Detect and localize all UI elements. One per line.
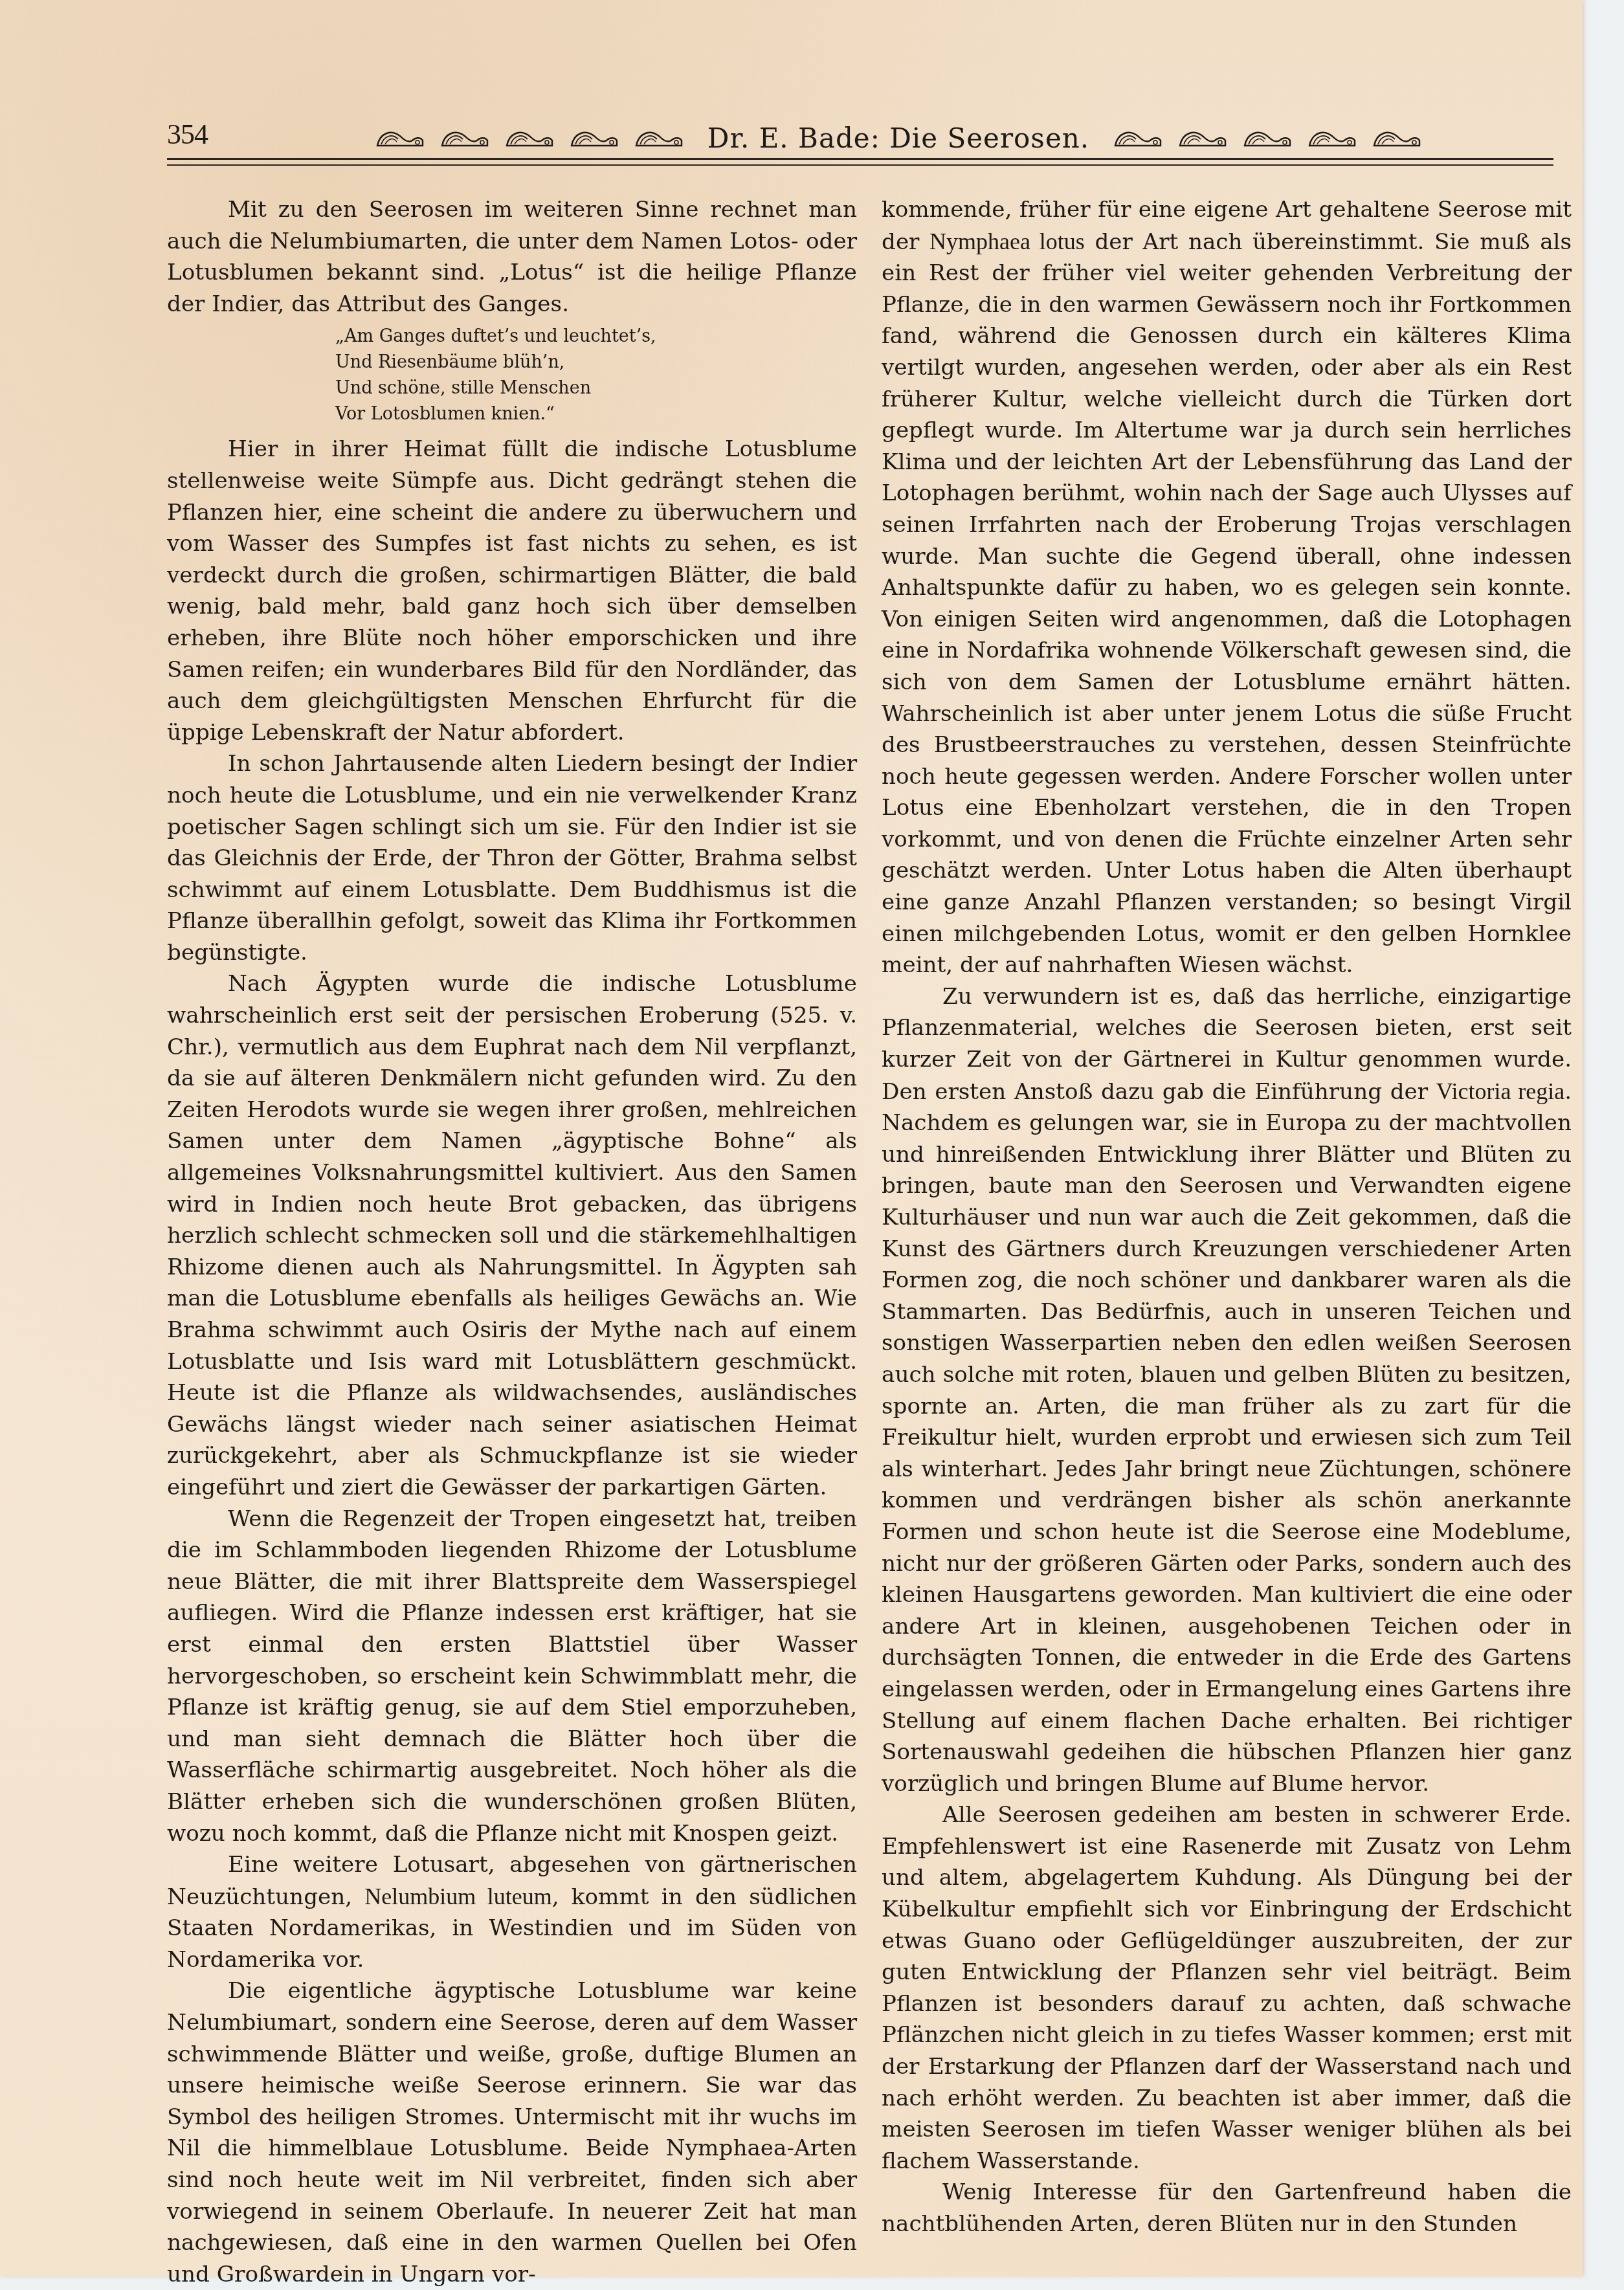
- verse-line: Und schöne, stille Menschen: [335, 375, 857, 401]
- scroll-ornament-icon: [1307, 126, 1357, 150]
- verse-line: „Am Ganges duftet’s und leuchtet’s,: [335, 324, 857, 350]
- scroll-ornament-icon: [1177, 126, 1228, 150]
- paragraph: Die eigentliche ägyptische Lotusblume wa…: [167, 1975, 857, 2276]
- paragraph-continued: kommende, früher für eine eigene Art geh…: [882, 194, 1572, 981]
- latin-name: Nelumbium luteum: [364, 1884, 551, 1909]
- paragraph: Zu verwundern ist es, daß das herrliche,…: [882, 981, 1572, 1799]
- scroll-ornament-icon: [569, 126, 619, 150]
- scroll-ornament-icon: [439, 126, 490, 150]
- left-column: Mit zu den Seerosen im weiteren Sinne re…: [167, 194, 857, 2276]
- paragraph: Alle Seerosen gedeihen am besten in schw…: [882, 1799, 1572, 2177]
- verse-quote: „Am Ganges duftet’s und leuchtet’s, Und …: [335, 324, 857, 427]
- scroll-ornament-icon: [1242, 126, 1293, 150]
- scroll-ornament-icon: [504, 126, 555, 150]
- running-title: Dr. E. Bade: Die Seerosen.: [698, 122, 1098, 154]
- page-number: 354: [167, 118, 208, 151]
- scroll-ornament-icon: [375, 126, 425, 150]
- paragraph: Mit zu den Seerosen im weiteren Sinne re…: [167, 194, 857, 320]
- right-column: kommende, früher für eine eigene Art geh…: [882, 194, 1572, 2240]
- latin-name: Nymphaea lotus: [929, 228, 1085, 254]
- scroll-ornament-icon: [1113, 126, 1163, 150]
- paragraph: In schon Jahrtausende alten Liedern besi…: [167, 748, 857, 968]
- header-rule-thick: [167, 158, 1553, 160]
- text-run: der Art nach übereinstimmt. Sie muß als …: [882, 229, 1572, 979]
- paragraph: Wenig Interesse für den Gartenfreund hab…: [882, 2177, 1572, 2240]
- paragraph: Hier in ihrer Heimat füllt die indische …: [167, 434, 857, 748]
- scroll-ornament-icon: [1372, 126, 1422, 150]
- paragraph: Eine weitere Lotusart, abgesehen von gär…: [167, 1849, 857, 1975]
- paragraph: Nach Ägypten wurde die indische Lotusblu…: [167, 968, 857, 1503]
- running-head: Dr. E. Bade: Die Seerosen.: [303, 115, 1494, 161]
- latin-name: Victoria regia: [1436, 1078, 1564, 1104]
- scroll-ornament-icon: [634, 126, 684, 150]
- header-rule-thin: [167, 164, 1553, 166]
- paragraph: Wenn die Regenzeit der Tropen eingesetzt…: [167, 1504, 857, 1850]
- text-run: . Nachdem es gelungen war, sie in Europa…: [882, 1079, 1572, 1797]
- verse-line: Und Riesenbäume blüh’n,: [335, 350, 857, 375]
- verse-line: Vor Lotosblumen knien.“: [335, 401, 857, 427]
- book-page: 354 Dr. E. Bade: Die Seerosen. Mit zu de…: [0, 0, 1583, 2276]
